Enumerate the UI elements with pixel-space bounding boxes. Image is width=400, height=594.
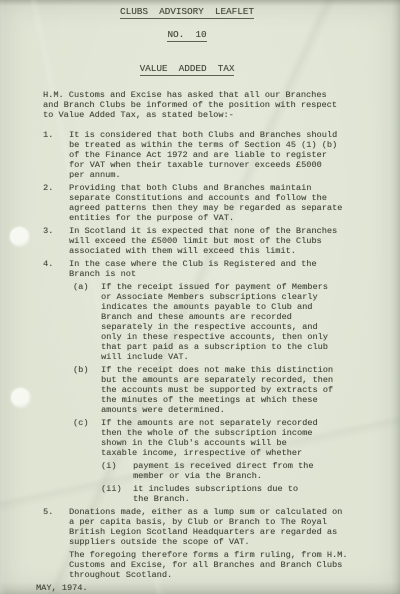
list-item-5: 5. Donations made, either as a lump sum … xyxy=(43,507,356,547)
sub-sub-item-text: payment is received direct from the memb… xyxy=(133,461,356,481)
leaflet-series-title: CLUBS ADVISORY LEAFLET xyxy=(120,6,254,19)
header-line-1: CLUBS ADVISORY LEAFLET xyxy=(0,6,374,19)
item-text-group: In the case where the Club is Registered… xyxy=(69,259,356,504)
sub-item-text-group: If the amounts are not separately record… xyxy=(101,418,356,504)
sub-sub-item-label: (ii) xyxy=(101,484,133,504)
item-number: 4. xyxy=(43,259,69,504)
leaflet-number: NO. 10 xyxy=(167,29,206,42)
item-text: In Scotland it is expected that none of … xyxy=(69,226,356,256)
sub-item-a: (a) If the receipt issued for payment of… xyxy=(73,282,356,362)
sub-item-c: (c) If the amounts are not separately re… xyxy=(73,418,356,504)
sub-item-b: (b) If the receipt does not make this di… xyxy=(73,365,356,415)
sub-item-label: (c) xyxy=(73,418,101,504)
sub-item-text: If the receipt does not make this distin… xyxy=(101,365,356,415)
sub-item-text: If the amounts are not separately record… xyxy=(101,418,356,458)
item-text: In the case where the Club is Registered… xyxy=(69,259,356,279)
list-item-4: 4. In the case where the Club is Registe… xyxy=(43,259,356,504)
header-line-3: VALUE ADDED TAX xyxy=(0,63,374,76)
sub-item-text: If the receipt issued for payment of Mem… xyxy=(101,282,356,362)
document-body: H.M. Customs and Excise has asked that a… xyxy=(0,90,400,583)
sub-sub-item-text: it includes subscriptions due to the Bra… xyxy=(133,484,356,504)
item-number: 5. xyxy=(43,507,69,547)
document-title: VALUE ADDED TAX xyxy=(140,63,235,76)
sub-sub-item-label: (i) xyxy=(101,461,133,481)
header-line-2: NO. 10 xyxy=(0,29,374,42)
closing-indent xyxy=(43,550,69,580)
document-header: CLUBS ADVISORY LEAFLET NO. 10 VALUE ADDE… xyxy=(0,6,374,76)
intro-paragraph: H.M. Customs and Excise has asked that a… xyxy=(43,90,356,120)
item-text: Providing that both Clubs and Branches m… xyxy=(69,183,356,223)
closing-paragraph: The foregoing therefore forms a firm rul… xyxy=(69,550,356,580)
sub-sub-item-i: (i) payment is received direct from the … xyxy=(101,461,356,481)
item-number: 3. xyxy=(43,226,69,256)
item-text: It is considered that both Clubs and Bra… xyxy=(69,130,356,180)
closing-paragraph-row: The foregoing therefore forms a firm rul… xyxy=(43,550,356,580)
date-stamp: MAY, 1974. xyxy=(36,583,88,593)
list-item-2: 2. Providing that both Clubs and Branche… xyxy=(43,183,356,223)
sub-item-label: (a) xyxy=(73,282,101,362)
scanned-leaflet-page: CLUBS ADVISORY LEAFLET NO. 10 VALUE ADDE… xyxy=(0,0,400,594)
item-number: 2. xyxy=(43,183,69,223)
list-item-3: 3. In Scotland it is expected that none … xyxy=(43,226,356,256)
sub-sub-item-ii: (ii) it includes subscriptions due to th… xyxy=(101,484,356,504)
list-item-1: 1. It is considered that both Clubs and … xyxy=(43,130,356,180)
item-text: Donations made, either as a lump sum or … xyxy=(69,507,356,547)
item-number: 1. xyxy=(43,130,69,180)
sub-item-label: (b) xyxy=(73,365,101,415)
